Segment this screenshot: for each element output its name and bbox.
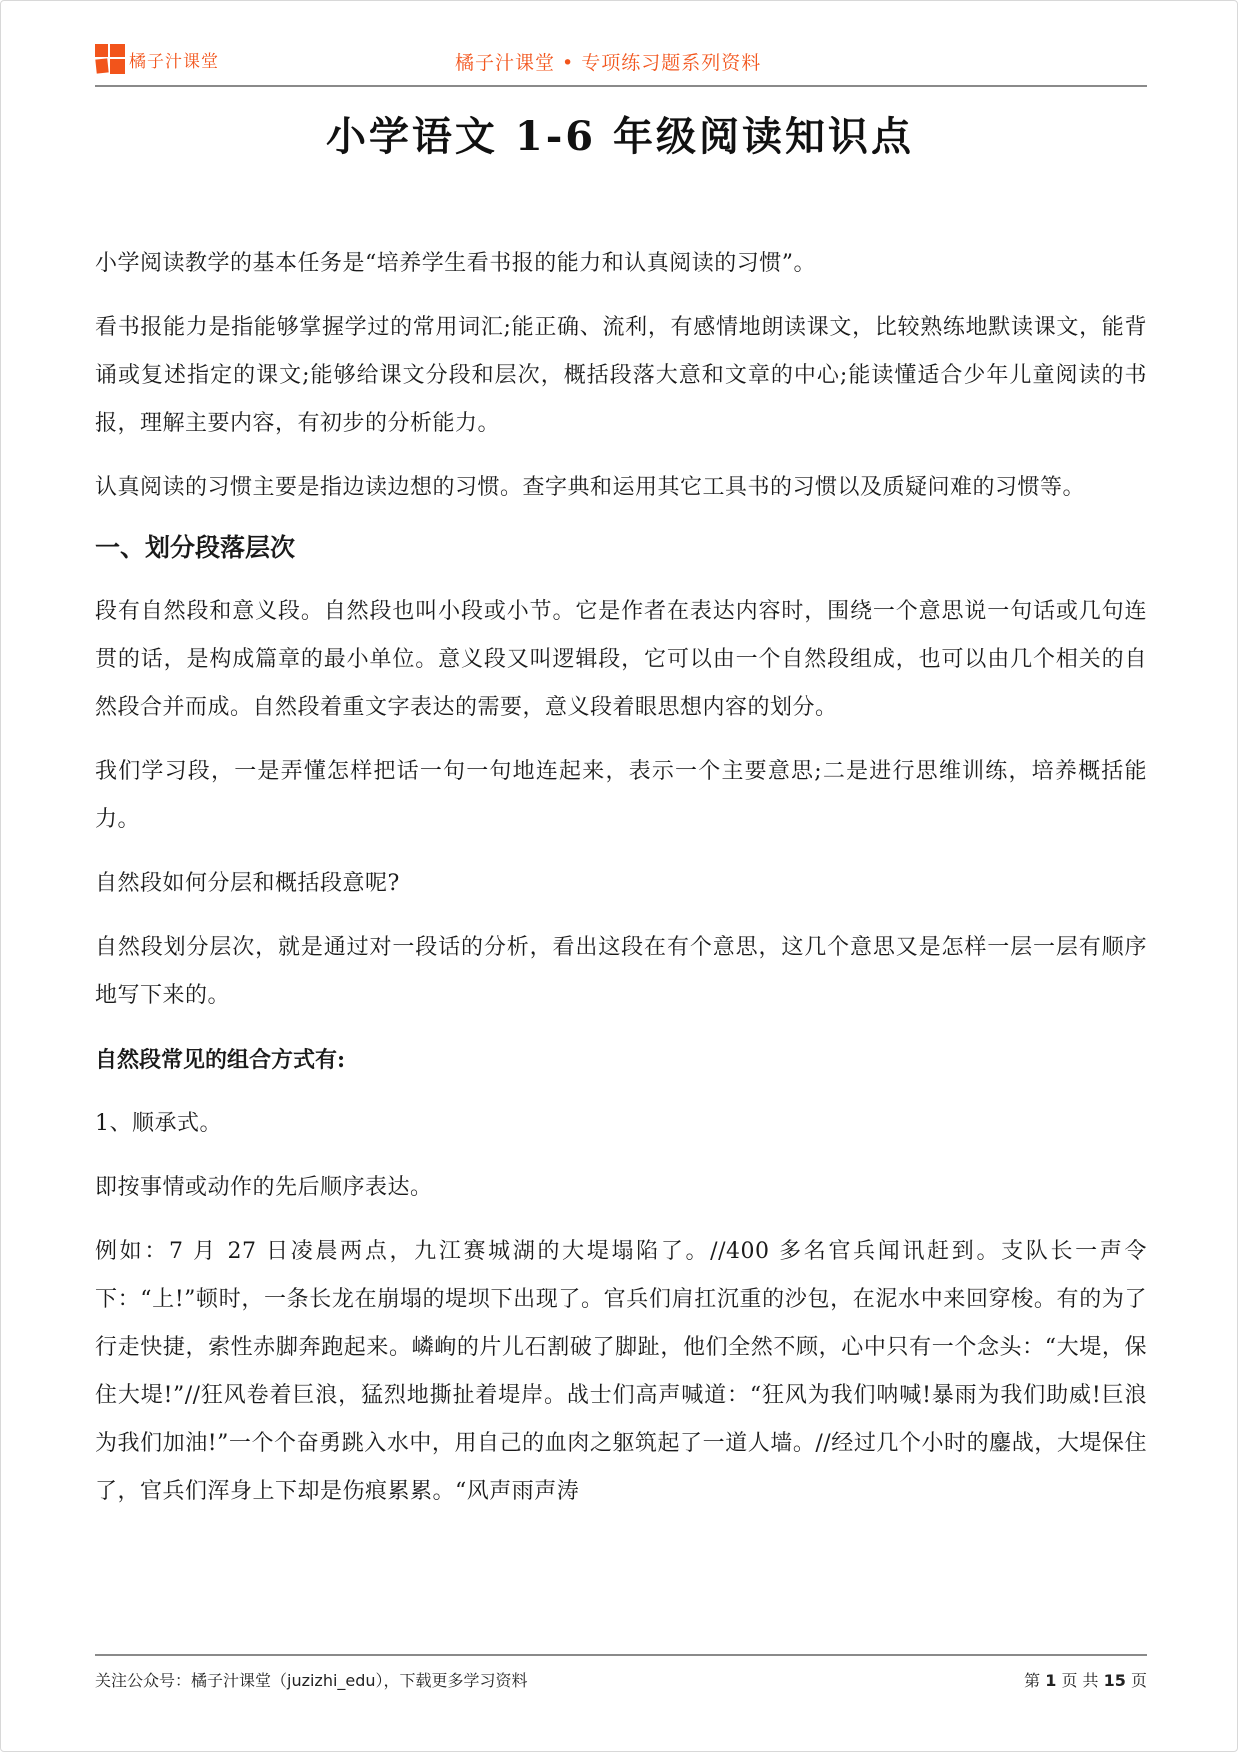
brand-logo: 橘子汁课堂 <box>95 44 219 74</box>
footer-note: 关注公众号：橘子汁课堂（juzizhi_edu），下载更多学习资料 <box>95 1668 528 1691</box>
header-series-title: 橘子汁课堂 • 专项练习题系列资料 <box>455 48 761 75</box>
section-heading: 一、划分段落层次 <box>95 528 1147 568</box>
header-divider <box>95 85 1147 87</box>
footer-divider <box>95 1654 1147 1656</box>
document-title: 小学语文 1-6 年级阅读知识点 <box>0 105 1240 162</box>
page-header: 橘子汁课堂 橘子汁课堂 • 专项练习题系列资料 <box>95 44 1147 86</box>
paragraph: 看书报能力是指能够掌握学过的常用词汇;能正确、流利，有感情地朗读课文，比较熟练地… <box>95 304 1147 448</box>
document-body: 小学阅读教学的基本任务是“培养学生看书报的能力和认真阅读的习惯”。 看书报能力是… <box>95 240 1147 1532</box>
total-pages: 15 <box>1104 1671 1126 1690</box>
logo-text: 橘子汁课堂 <box>129 47 219 72</box>
paragraph: 段有自然段和意义段。自然段也叫小段或小节。它是作者在表达内容时，围绕一个意思说一… <box>95 588 1147 732</box>
example-paragraph: 例如：7 月 27 日凌晨两点，九江赛城湖的大堤塌陷了。//400 多名官兵闻讯… <box>95 1228 1147 1516</box>
paragraph: 我们学习段，一是弄懂怎样把话一句一句地连起来，表示一个主要意思;二是进行思维训练… <box>95 748 1147 844</box>
paragraph: 小学阅读教学的基本任务是“培养学生看书报的能力和认真阅读的习惯”。 <box>95 240 1147 288</box>
subheading: 自然段常见的组合方式有: <box>95 1036 1147 1084</box>
current-page: 1 <box>1045 1671 1056 1690</box>
page-indicator: 第 1 页 共 15 页 <box>1024 1668 1147 1691</box>
list-item-label: 1、顺承式。 <box>95 1100 1147 1148</box>
paragraph: 自然段如何分层和概括段意呢? <box>95 860 1147 908</box>
paragraph: 认真阅读的习惯主要是指边读边想的习惯。查字典和运用其它工具书的习惯以及质疑问难的… <box>95 464 1147 512</box>
paragraph: 即按事情或动作的先后顺序表达。 <box>95 1164 1147 1212</box>
paragraph: 自然段划分层次，就是通过对一段话的分析，看出这段在有个意思，这几个意思又是怎样一… <box>95 924 1147 1020</box>
logo-squares-icon <box>95 44 125 74</box>
